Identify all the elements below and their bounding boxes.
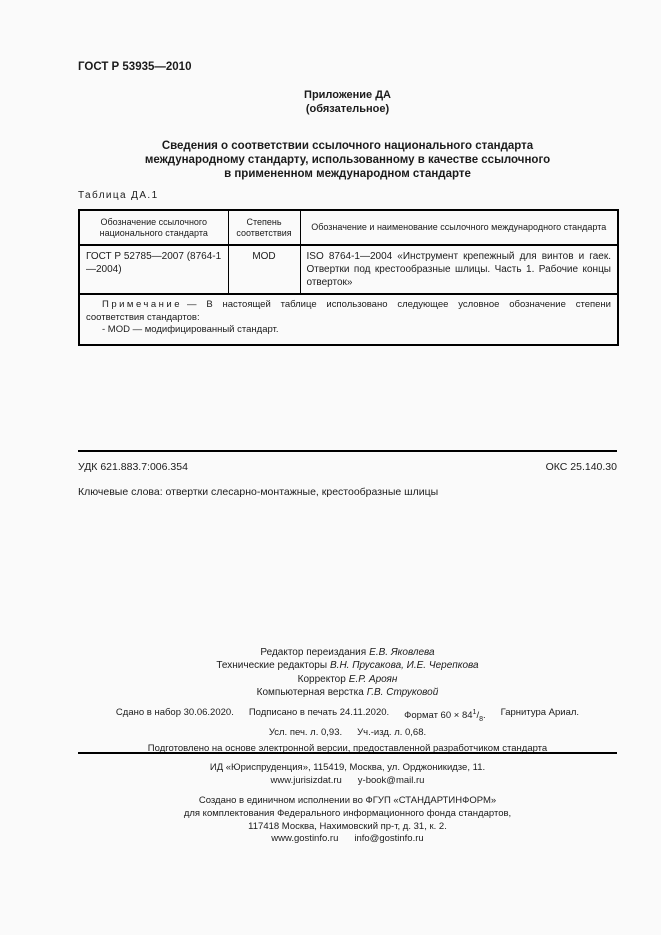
publisher-email: y-book@mail.ru xyxy=(358,774,425,787)
credit-label: Компьютерная верстка xyxy=(257,687,364,698)
standartinform-email: info@gostinfo.ru xyxy=(354,833,423,846)
credit-names: Е.В. Яковлева xyxy=(369,647,434,658)
oks-code: ОКС 25.140.30 xyxy=(546,461,617,473)
standartinform-address: 117418 Москва, Нахимовский пр-т, д. 31, … xyxy=(78,821,617,834)
doc-number: ГОСТ Р 53935—2010 xyxy=(78,61,191,73)
publisher-address: ИД «Юриспруденция», 115419, Москва, ул. … xyxy=(78,761,617,774)
section-title: Сведения о соответствии ссылочного нацио… xyxy=(78,139,617,181)
credit-label: Корректор xyxy=(298,674,346,685)
divider-rule-bottom xyxy=(78,752,617,754)
section-title-line-1: Сведения о соответствии ссылочного нацио… xyxy=(78,139,617,153)
table-row: ГОСТ Р 52785—2007 (8764-1—2004) MOD ISO … xyxy=(79,245,618,294)
cell-international-standard: ISO 8764-1—2004 «Инструмент крепежный дл… xyxy=(300,245,618,294)
standartinform-line-2: для комплектования Федерального информац… xyxy=(78,808,617,821)
imprint-format: Формат 60 × 841/8. xyxy=(404,707,485,727)
imprint-set-date: Сдано в набор 30.06.2020. xyxy=(116,707,234,727)
table-caption: Таблица ДА.1 xyxy=(78,190,159,201)
cell-conformity-degree: MOD xyxy=(228,245,300,294)
standartinform-contacts: www.gostinfo.ru info@gostinfo.ru xyxy=(78,833,617,846)
table-note: Примечание— В настоящей таблице использо… xyxy=(79,294,618,345)
imprint-line-2: Усл. печ. л. 0,93. Уч.-изд. л. 0,68. xyxy=(78,727,617,740)
standartinform-block: Создано в единичном исполнении во ФГУП «… xyxy=(78,795,617,846)
credit-line-proofreader: КорректорЕ.Р. Ароян xyxy=(78,673,617,686)
col-header-national-standard: Обозначение ссылочного национального ста… xyxy=(79,210,228,245)
table-header-row: Обозначение ссылочного национального ста… xyxy=(79,210,618,245)
publisher-contacts: www.jurisizdat.ru y-book@mail.ru xyxy=(78,774,617,787)
imprint-typeface: Гарнитура Ариал. xyxy=(501,707,579,727)
credit-names: Г.В. Струковой xyxy=(367,687,439,698)
classification-codes: УДК 621.883.7:006.354 ОКС 25.140.30 xyxy=(78,461,617,473)
table-note-row: Примечание— В настоящей таблице использо… xyxy=(79,294,618,345)
credits-block: Редактор переизданияЕ.В. Яковлева Технич… xyxy=(78,646,617,700)
table-note-paragraph: Примечание— В настоящей таблице использо… xyxy=(86,299,611,324)
standartinform-website: www.gostinfo.ru xyxy=(271,833,338,846)
imprint-sheets-published: Уч.-изд. л. 0,68. xyxy=(357,727,426,740)
appendix-type: (обязательное) xyxy=(78,103,617,117)
standartinform-line-1: Создано в единичном исполнении во ФГУП «… xyxy=(78,795,617,808)
imprint-line-1: Сдано в набор 30.06.2020. Подписано в пе… xyxy=(78,707,617,727)
section-title-line-3: в примененном международном стандарте xyxy=(78,167,617,181)
note-label: Примечание xyxy=(102,299,182,310)
imprint-print-date: Подписано в печать 24.11.2020. xyxy=(249,707,389,727)
imprint-block: Сдано в набор 30.06.2020. Подписано в пе… xyxy=(78,707,617,756)
credit-line-layout: Компьютерная версткаГ.В. Струковой xyxy=(78,686,617,699)
publisher-website: www.jurisizdat.ru xyxy=(271,774,342,787)
divider-rule-top xyxy=(78,450,617,452)
document-page: ГОСТ Р 53935—2010 Приложение ДА (обязате… xyxy=(0,0,661,935)
appendix-block: Приложение ДА (обязательное) xyxy=(78,89,617,116)
credit-names: В.Н. Прусакова, И.Е. Черепкова xyxy=(330,660,479,671)
col-header-conformity-degree: Степень соответствия xyxy=(228,210,300,245)
credit-line-editor: Редактор переизданияЕ.В. Яковлева xyxy=(78,646,617,659)
keywords-line: Ключевые слова: отвертки слесарно-монтаж… xyxy=(78,486,438,498)
appendix-label: Приложение ДА xyxy=(78,89,617,103)
col-header-international-standard: Обозначение и наименование ссылочного ме… xyxy=(300,210,618,245)
imprint-sheets-conventional: Усл. печ. л. 0,93. xyxy=(269,727,342,740)
section-title-line-2: международному стандарту, использованном… xyxy=(78,153,617,167)
credit-label: Технические редакторы xyxy=(216,660,327,671)
credit-label: Редактор переиздания xyxy=(260,647,366,658)
cell-national-standard: ГОСТ Р 52785—2007 (8764-1—2004) xyxy=(79,245,228,294)
publisher-block: ИД «Юриспруденция», 115419, Москва, ул. … xyxy=(78,761,617,787)
conformity-table: Обозначение ссылочного национального ста… xyxy=(78,209,619,346)
udk-code: УДК 621.883.7:006.354 xyxy=(78,461,188,473)
note-item-mod: - MOD — модифицированный стандарт. xyxy=(86,324,611,337)
credit-line-technical-editors: Технические редакторыВ.Н. Прусакова, И.Е… xyxy=(78,659,617,672)
credit-names: Е.Р. Ароян xyxy=(349,674,398,685)
